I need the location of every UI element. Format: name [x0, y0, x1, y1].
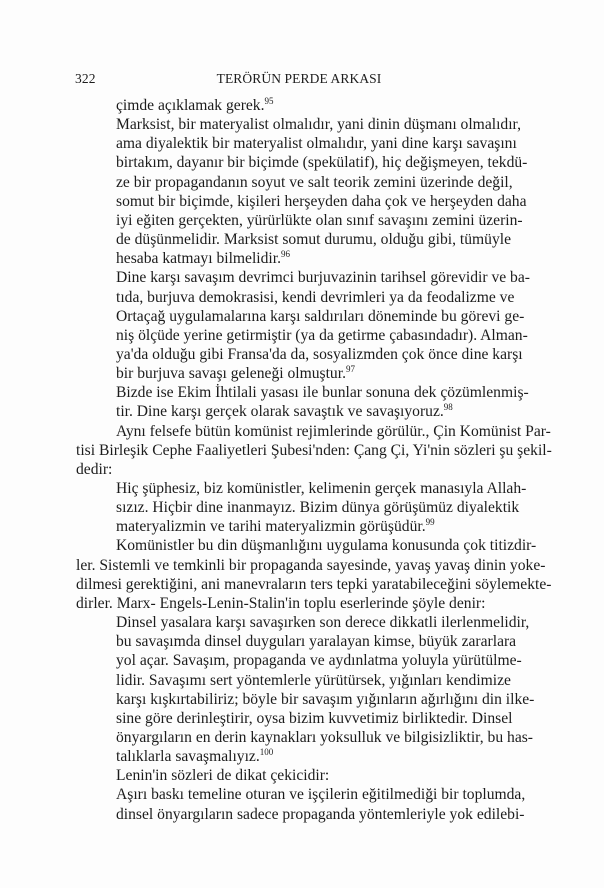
line-text: ya'da olduğu gibi Fransa'da da, sosyaliz…	[116, 346, 523, 363]
text-line: yol açar. Savaşım, propaganda ve aydınla…	[116, 651, 509, 670]
line-text: tisi Birleşik Cephe Faaliyetleri Şubesi'…	[76, 442, 552, 459]
text-line: dinsel önyargıların sadece propaganda yö…	[116, 805, 509, 824]
footnote-marker: 97	[346, 364, 355, 374]
text-line: Lenin'in sözleri de dikat çekicidir:	[116, 766, 509, 785]
line-text: hesaba katmayı bilmelidir.	[116, 250, 281, 267]
line-text: Bizde ise Ekim İhtilali yasası ile bunla…	[116, 384, 529, 401]
line-text: Aşırı baskı temeline oturan ve işçilerin…	[116, 786, 525, 803]
line-text: Marksist, bir materyalist olmalıdır, yan…	[116, 116, 521, 133]
text-line: dedir:	[76, 460, 509, 479]
line-text: tıda, burjuva demokrasisi, kendi devriml…	[116, 289, 514, 306]
line-text: çimde açıklamak gerek.	[116, 97, 265, 114]
footnote-marker: 96	[281, 249, 290, 259]
line-text: bir burjuva savaşı geleneği olmuştur.	[116, 365, 346, 382]
text-line: ya'da olduğu gibi Fransa'da da, sosyaliz…	[116, 345, 509, 364]
text-line: Komünistler bu din düşmanlığını uygulama…	[116, 536, 509, 555]
line-text: de düşünmelidir. Marksist somut durumu, …	[116, 231, 511, 248]
line-text: dirler. Marx- Engels-Lenin-Stalin'in top…	[76, 595, 485, 612]
line-text: ama diyalektik bir materyalist olmalıdır…	[116, 135, 517, 152]
book-page: 322 TERÖRÜN PERDE ARKASI çimde açıklamak…	[0, 0, 604, 888]
line-text: karşı kışkırtabiliriz; böyle bir savaşım…	[116, 691, 534, 708]
line-text: somut bir biçimde, kişileri herşeyden da…	[116, 193, 527, 210]
text-line: de düşünmelidir. Marksist somut durumu, …	[116, 230, 509, 249]
running-head: 322 TERÖRÜN PERDE ARKASI	[75, 70, 509, 88]
line-text: sızız. Hiçbir dine inanmayız. Bizim düny…	[116, 499, 519, 516]
line-text: materyalizmin ve tarihi materyalizmin gö…	[116, 518, 426, 535]
text-line: Aşırı baskı temeline oturan ve işçilerin…	[116, 785, 509, 804]
text-line: niş ölçüde yerine getirmiştir (ya da get…	[116, 326, 509, 345]
line-text: Ortaçağ uygulamalarına karşı saldırıları…	[116, 308, 524, 325]
text-line: Ortaçağ uygulamalarına karşı saldırıları…	[116, 307, 509, 326]
line-text: niş ölçüde yerine getirmiştir (ya da get…	[116, 327, 528, 344]
line-text: Komünistler bu din düşmanlığını uygulama…	[116, 537, 536, 554]
footnote-marker: 100	[260, 747, 274, 757]
text-line: sine göre derinleştirir, oysa bizim kuvv…	[116, 709, 509, 728]
text-line: iyi eğiten gerçekten, yürürlükte olan sı…	[116, 211, 509, 230]
text-line: ze bir propagandanın soyut ve salt teori…	[116, 173, 509, 192]
text-line: materyalizmin ve tarihi materyalizmin gö…	[116, 517, 509, 536]
text-line: hesaba katmayı bilmelidir.96	[116, 249, 509, 268]
footnote-marker: 98	[444, 402, 453, 412]
text-line: talıklarla savaşmalıyız.100	[116, 747, 509, 766]
footnote-marker: 99	[426, 517, 435, 527]
line-text: dilmesi gerektiğini, ani manevraların te…	[76, 576, 551, 593]
line-text: Hiç şüphesiz, biz komünistler, kelimenin…	[116, 480, 526, 497]
text-line: önyargıların en derin kaynakları yoksull…	[116, 728, 509, 747]
line-text: tir. Dine karşı gerçek olarak savaştık v…	[116, 403, 444, 420]
text-line: tıda, burjuva demokrasisi, kendi devriml…	[116, 288, 509, 307]
line-text: ze bir propagandanın soyut ve salt teori…	[116, 174, 513, 191]
line-text: dedir:	[76, 461, 112, 478]
line-text: birtakım, dayanır bir biçimde (spekülati…	[116, 154, 527, 171]
footnote-marker: 95	[265, 96, 274, 106]
text-line: somut bir biçimde, kişileri herşeyden da…	[116, 192, 509, 211]
text-line: birtakım, dayanır bir biçimde (spekülati…	[116, 153, 509, 172]
text-line: Dinsel yasalara karşı savaşırken son der…	[116, 613, 509, 632]
line-text: sine göre derinleştirir, oysa bizim kuvv…	[116, 710, 513, 727]
line-text: lidir. Savaşımı sert yöntemlerle yürütür…	[116, 672, 511, 689]
text-line: Marksist, bir materyalist olmalıdır, yan…	[116, 115, 509, 134]
text-line: tir. Dine karşı gerçek olarak savaştık v…	[116, 402, 509, 421]
line-text: Aynı felsefe bütün komünist rejimlerinde…	[116, 423, 551, 440]
text-line: bir burjuva savaşı geleneği olmuştur.97	[116, 364, 509, 383]
line-text: yol açar. Savaşım, propaganda ve aydınla…	[116, 652, 522, 669]
line-text: önyargıların en derin kaynakları yoksull…	[116, 729, 533, 746]
text-line: Bizde ise Ekim İhtilali yasası ile bunla…	[116, 383, 509, 402]
text-line: dirler. Marx- Engels-Lenin-Stalin'in top…	[76, 594, 509, 613]
line-text: bu savaşımda dinsel duyguları yaralayan …	[116, 633, 516, 650]
text-line: çimde açıklamak gerek.95	[116, 96, 509, 115]
line-text: Dinsel yasalara karşı savaşırken son der…	[116, 614, 529, 631]
text-line: Aynı felsefe bütün komünist rejimlerinde…	[116, 422, 509, 441]
line-text: Lenin'in sözleri de dikat çekicidir:	[116, 767, 329, 784]
running-title: TERÖRÜN PERDE ARKASI	[75, 70, 509, 88]
line-text: dinsel önyargıların sadece propaganda yö…	[116, 806, 524, 823]
text-line: Dine karşı savaşım devrimci burjuvazinin…	[116, 268, 509, 287]
text-line: lidir. Savaşımı sert yöntemlerle yürütür…	[116, 671, 509, 690]
text-line: karşı kışkırtabiliriz; böyle bir savaşım…	[116, 690, 509, 709]
text-line: tisi Birleşik Cephe Faaliyetleri Şubesi'…	[76, 441, 509, 460]
line-text: iyi eğiten gerçekten, yürürlükte olan sı…	[116, 212, 523, 229]
text-line: ler. Sistemli ve temkinli bir propaganda…	[76, 556, 509, 575]
text-line: bu savaşımda dinsel duyguları yaralayan …	[116, 632, 509, 651]
text-line: sızız. Hiçbir dine inanmayız. Bizim düny…	[116, 498, 509, 517]
line-text: ler. Sistemli ve temkinli bir propaganda…	[76, 557, 545, 574]
line-text: talıklarla savaşmalıyız.	[116, 748, 260, 765]
line-text: Dine karşı savaşım devrimci burjuvazinin…	[116, 269, 530, 286]
text-line: dilmesi gerektiğini, ani manevraların te…	[76, 575, 509, 594]
text-line: ama diyalektik bir materyalist olmalıdır…	[116, 134, 509, 153]
text-line: Hiç şüphesiz, biz komünistler, kelimenin…	[116, 479, 509, 498]
